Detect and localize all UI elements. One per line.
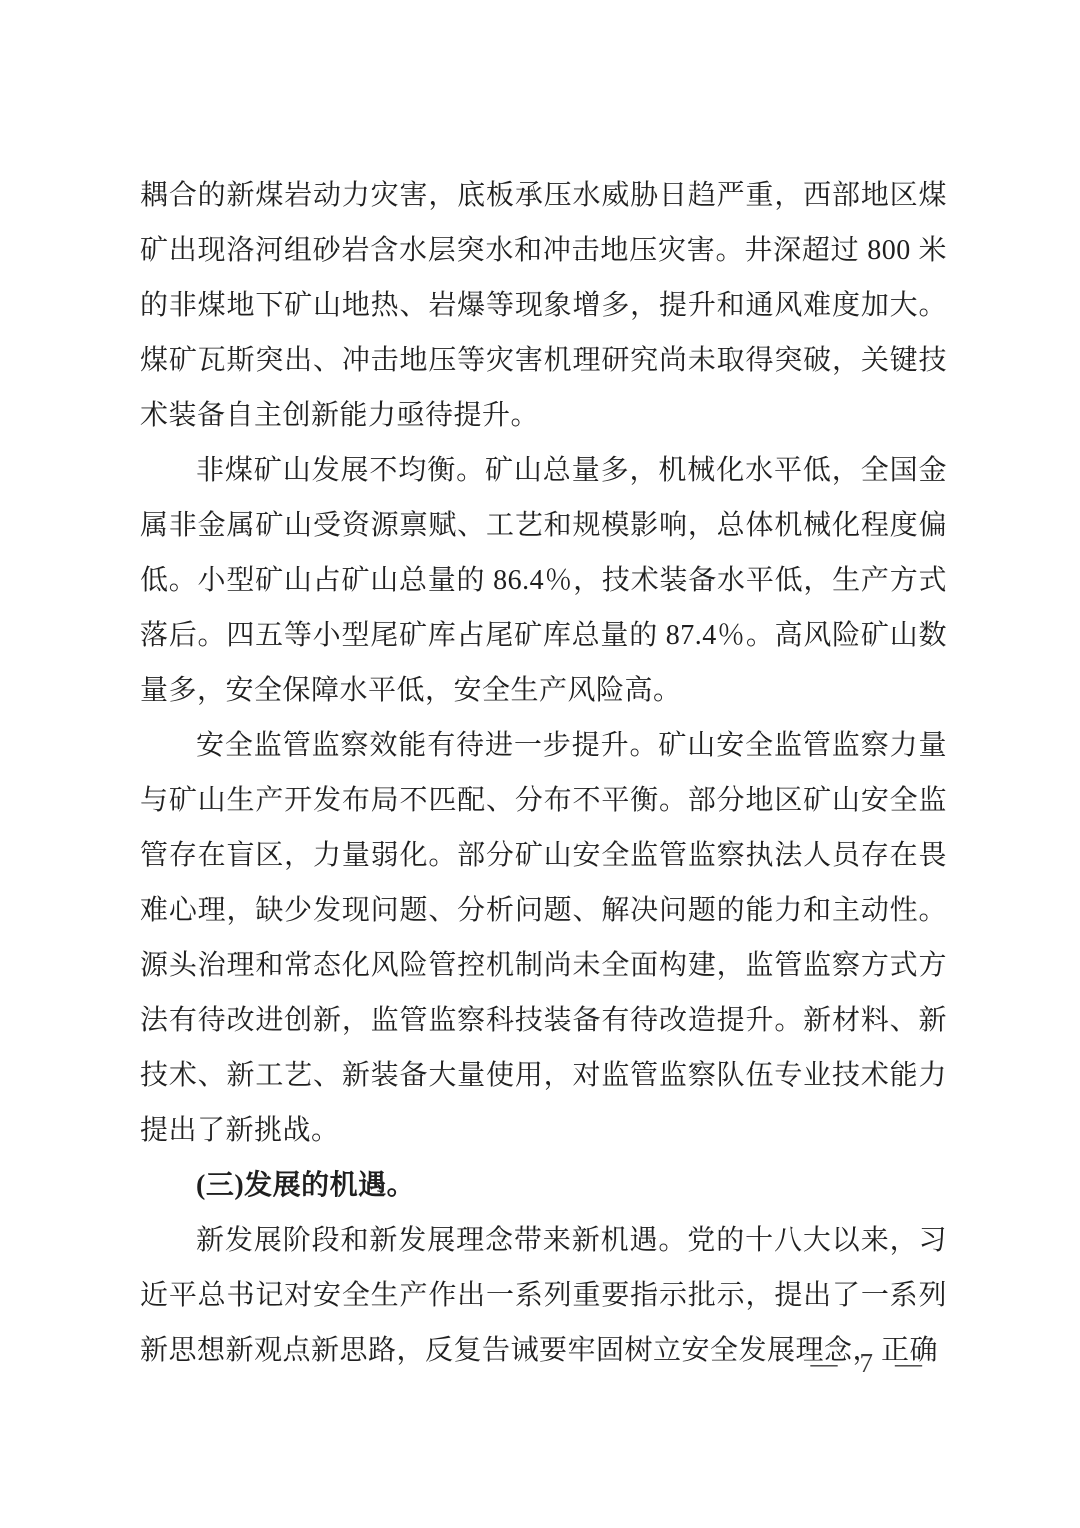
page-footer: — 7 — (811, 1348, 923, 1379)
footer-dash-left: — (811, 1348, 838, 1379)
page-number: 7 (860, 1348, 874, 1379)
paragraph-noncoal-mine-imbalance: 非煤矿山发展不均衡。矿山总量多，机械化水平低，全国金属非金属矿山受资源禀赋、工艺… (140, 443, 947, 718)
document-body: 耦合的新煤岩动力灾害，底板承压水威胁日趋严重，西部地区煤矿出现洛河组砂岩含水层突… (140, 168, 947, 1378)
document-page: 耦合的新煤岩动力灾害，底板承压水威胁日趋严重，西部地区煤矿出现洛河组砂岩含水层突… (0, 0, 1080, 1528)
section-heading-development-opportunities: (三)发展的机遇。 (140, 1158, 947, 1213)
footer-dash-right: — (895, 1348, 922, 1379)
paragraph-coal-rock-dynamic-hazards: 耦合的新煤岩动力灾害，底板承压水威胁日趋严重，西部地区煤矿出现洛河组砂岩含水层突… (140, 168, 947, 443)
paragraph-supervision-effectiveness: 安全监管监察效能有待进一步提升。矿山安全监管监察力量与矿山生产开发布局不匹配、分… (140, 718, 947, 1158)
